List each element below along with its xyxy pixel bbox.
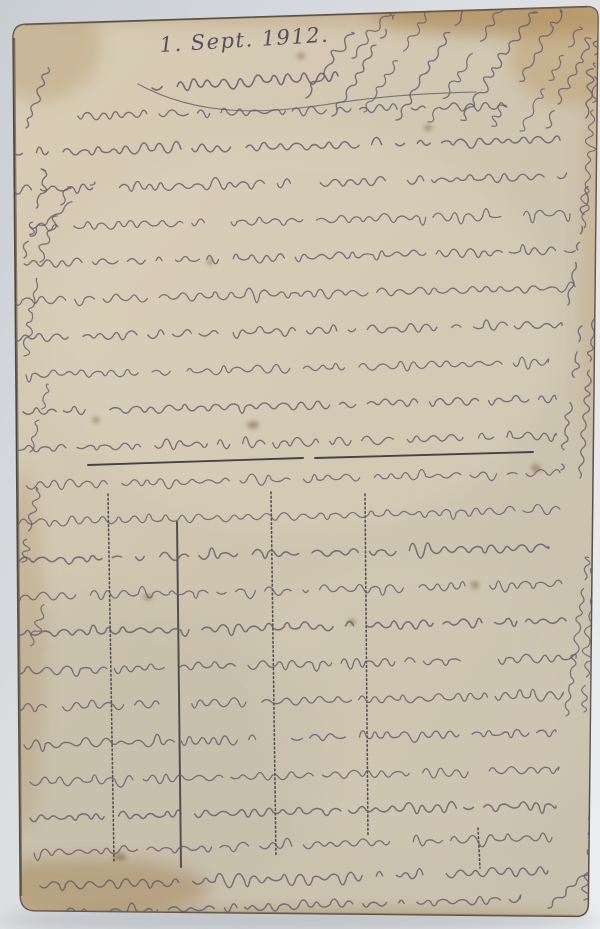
- photo-stage: 1. Sept. 1912.: [0, 0, 600, 929]
- postcard: 1. Sept. 1912.: [0, 0, 600, 929]
- postcard-photo: 1. Sept. 1912.: [0, 0, 600, 929]
